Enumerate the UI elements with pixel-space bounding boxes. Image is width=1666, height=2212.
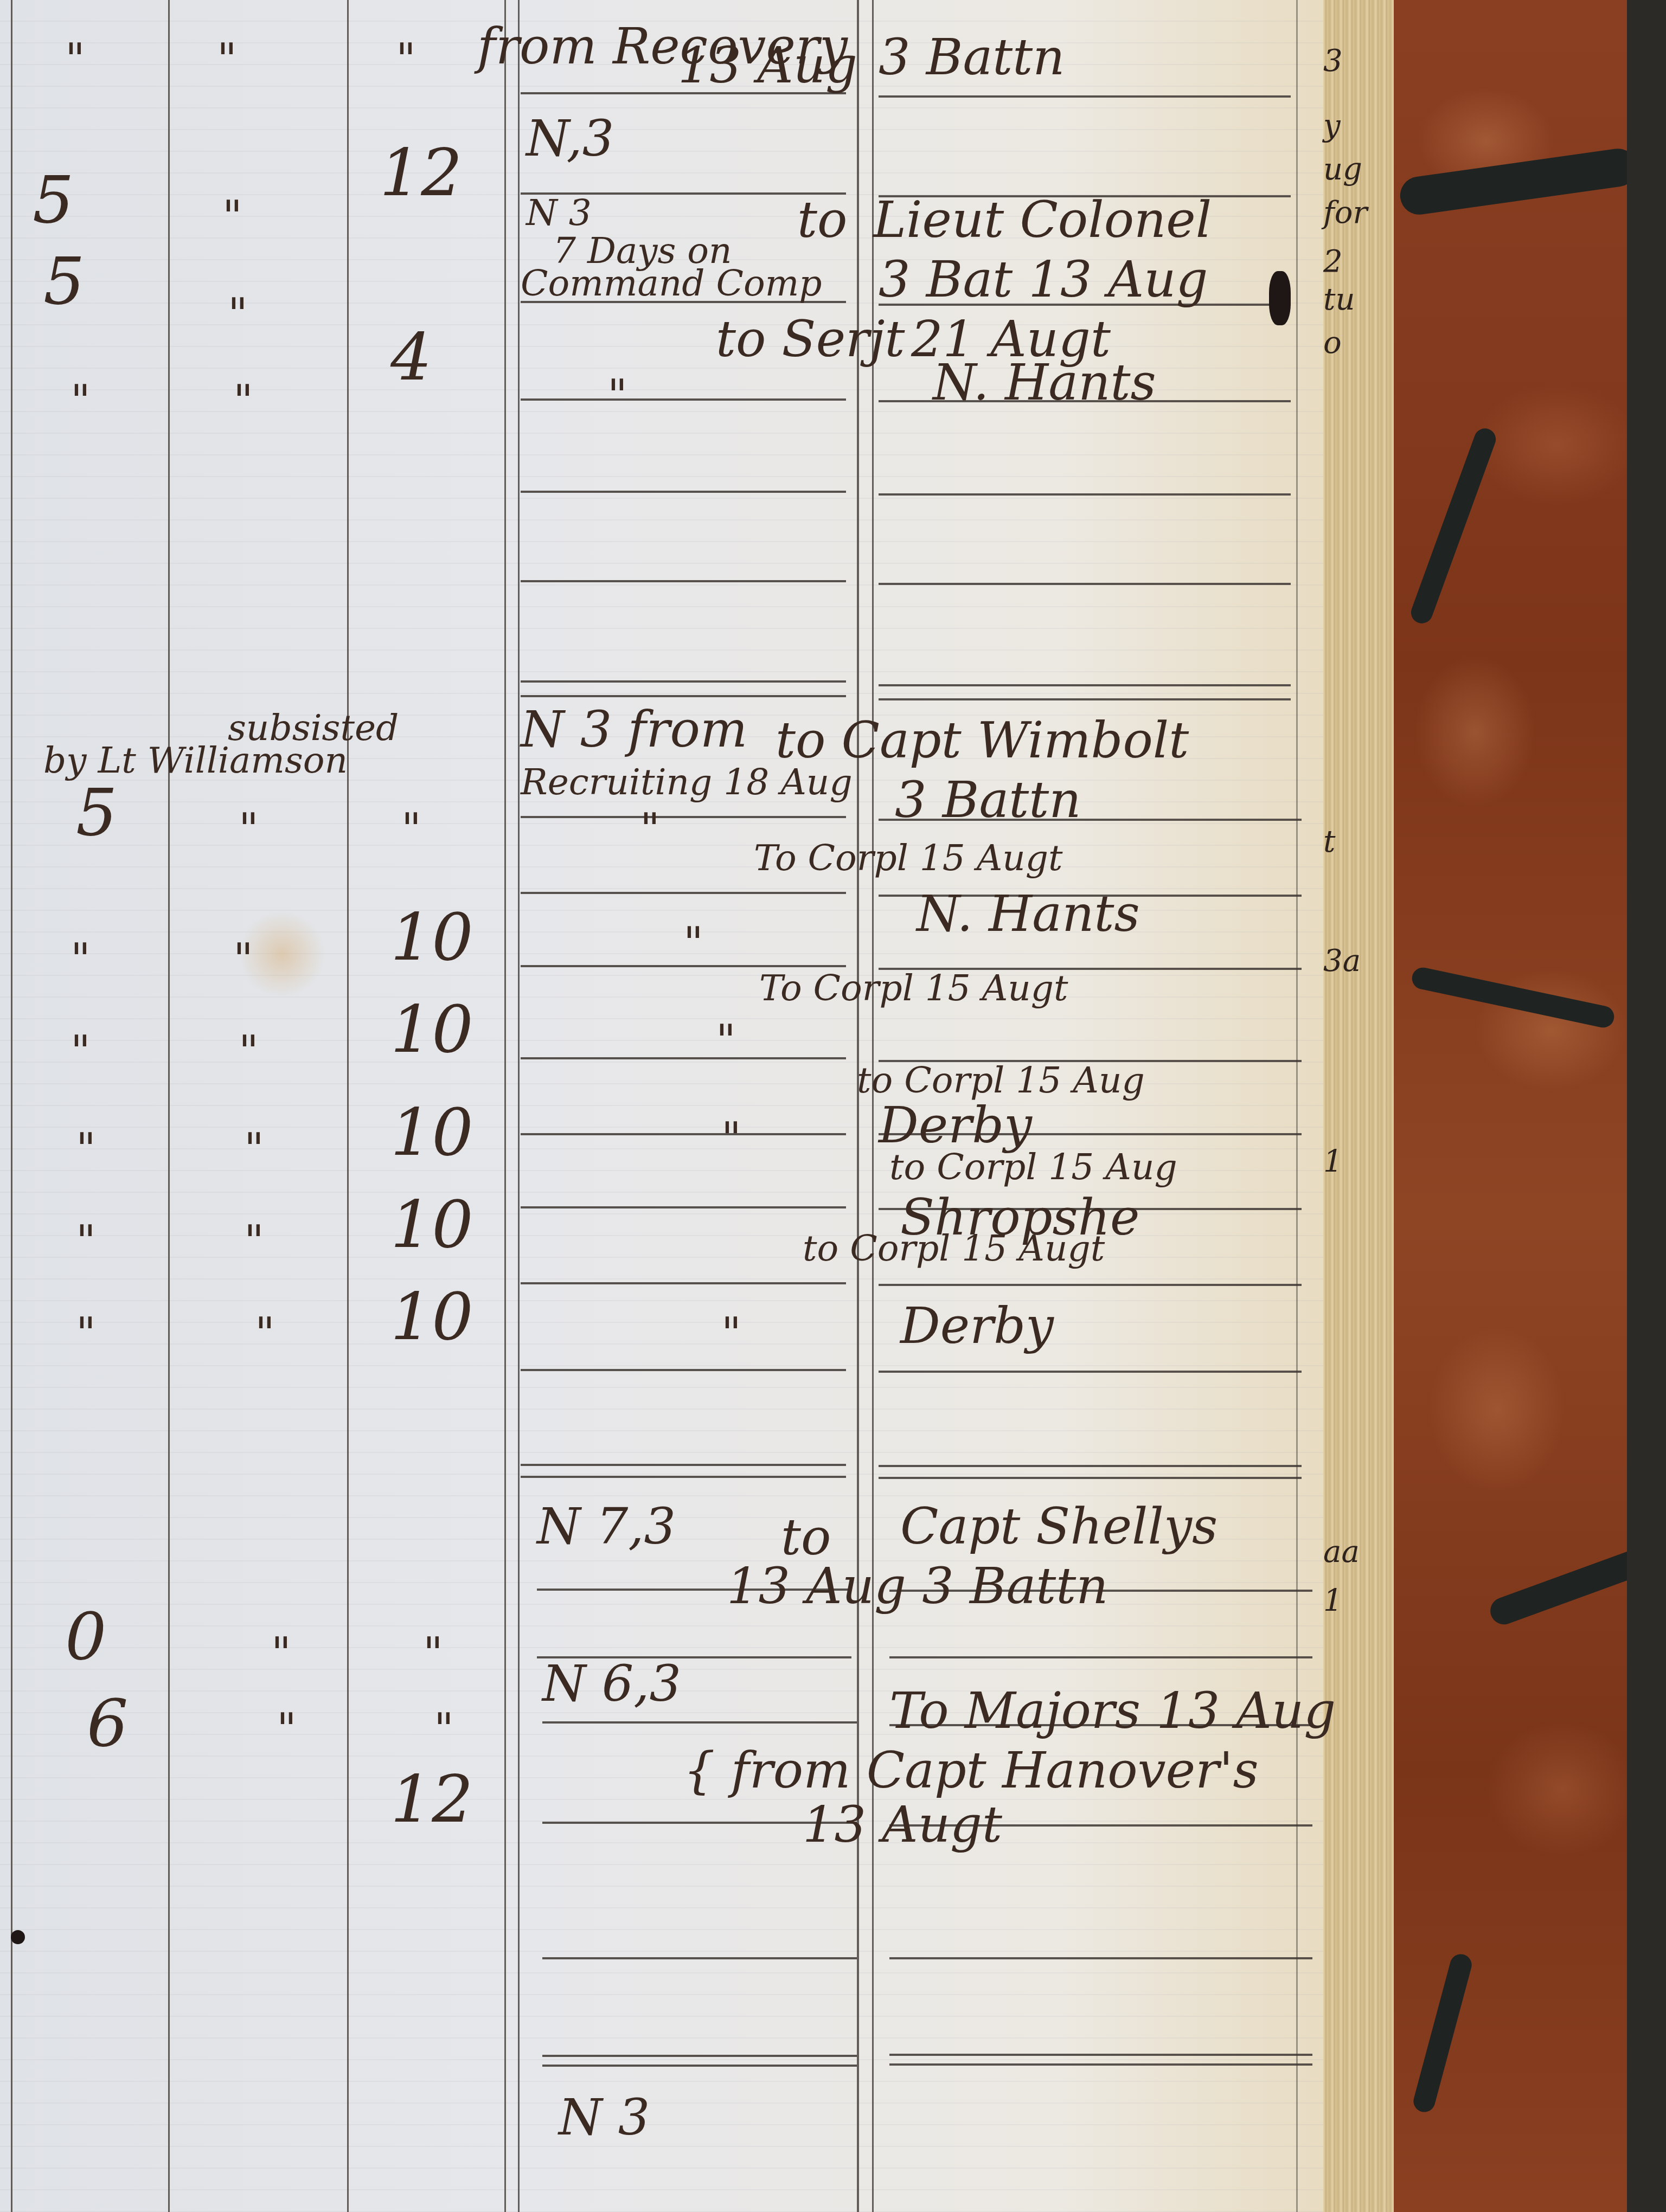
entry-destination: Derby <box>900 1301 1054 1351</box>
entry-reference: Command Comp <box>521 266 822 301</box>
row-rule <box>879 684 1291 686</box>
entry-reference: Recruiting 18 Aug <box>521 764 853 800</box>
column-rule <box>518 0 520 2212</box>
row-rule <box>521 1057 846 1059</box>
entry-destination: Capt Shellys <box>900 1502 1218 1552</box>
entry-reference: N,3 <box>526 114 614 164</box>
entry-reference: N 3 <box>559 2093 650 2143</box>
row-rule <box>521 1282 846 1284</box>
ditto-mark: " <box>76 1128 96 1171</box>
entry-to: to <box>797 195 847 245</box>
ditto-mark: " <box>271 1632 291 1675</box>
page-fold <box>1296 0 1298 2212</box>
column-rule <box>168 0 170 2212</box>
ditto-mark: " <box>222 195 242 239</box>
entry-destination: 13 Aug <box>678 41 857 91</box>
row-rule <box>521 398 846 401</box>
ditto-mark: " <box>76 1312 96 1355</box>
ditto-mark: " <box>71 938 91 981</box>
ditto-mark: " <box>721 1117 741 1160</box>
ditto-mark: " <box>396 38 416 81</box>
row-rule <box>879 1465 1302 1467</box>
entry-value: 10 <box>390 1101 473 1166</box>
ditto-mark: " <box>716 1019 736 1063</box>
entry-destination: N. Hants <box>917 889 1140 939</box>
ditto-mark: " <box>434 1708 454 1751</box>
margin-fragment: 1 <box>1323 1583 1343 1618</box>
ditto-mark: " <box>255 1312 275 1355</box>
ditto-mark: " <box>217 38 237 81</box>
entry-value: 12 <box>390 1767 473 1832</box>
entry-value: 5 <box>43 249 85 314</box>
entry-value: 12 <box>380 141 463 206</box>
row-rule <box>521 816 846 818</box>
column-rule <box>347 0 349 2212</box>
row-rule <box>542 1957 857 1959</box>
marble-vein <box>1398 146 1639 217</box>
ditto-mark: " <box>65 38 85 81</box>
row-rule <box>521 1476 846 1478</box>
entry-destination: to Corpl 15 Aug <box>857 1063 1145 1098</box>
entry-destination: 3 Bat 13 Aug <box>879 255 1208 305</box>
ditto-mark: " <box>76 1220 96 1263</box>
entry-destination: To Majors 13 Aug <box>889 1686 1336 1736</box>
row-rule <box>879 583 1291 585</box>
entry-reference: N 3 from <box>521 705 747 755</box>
row-rule <box>879 493 1291 496</box>
marble-vein <box>1411 1952 1474 2114</box>
row-rule <box>521 1464 846 1466</box>
row-rule <box>879 698 1291 700</box>
ditto-mark: " <box>423 1632 443 1675</box>
ditto-mark: " <box>640 808 660 851</box>
entry-destination: Derby <box>879 1101 1032 1150</box>
ditto-mark: " <box>277 1708 297 1751</box>
background-edge <box>1627 0 1666 2212</box>
row-rule <box>889 1957 1312 1959</box>
marble-vein <box>1408 426 1499 627</box>
row-rule <box>879 95 1291 98</box>
entry-reference: N 7,3 <box>537 1502 676 1552</box>
ditto-mark: " <box>239 1030 259 1073</box>
column-rule <box>504 0 506 2212</box>
margin-fragment: 1 <box>1323 1144 1343 1179</box>
row-rule <box>521 695 846 697</box>
entry-value: 10 <box>390 998 473 1063</box>
entry-destination: 3 Battn <box>895 775 1081 825</box>
entry-destination: 3 Battn <box>879 33 1065 82</box>
annotation: by Lt Williamson <box>43 743 348 779</box>
row-rule <box>521 1369 846 1371</box>
margin-fragment: for <box>1323 195 1367 230</box>
margin-fragment: 3 <box>1323 43 1343 79</box>
ditto-mark: " <box>71 1030 91 1073</box>
marble-vein <box>1410 966 1616 1030</box>
row-rule <box>542 1721 857 1724</box>
entry-destination: N. Hants <box>933 358 1156 408</box>
ditto-mark: " <box>233 938 253 981</box>
ditto-mark: " <box>244 1220 264 1263</box>
row-rule <box>521 680 846 683</box>
row-rule <box>889 2063 1312 2066</box>
row-rule <box>879 1371 1302 1373</box>
row-rule <box>542 2065 857 2067</box>
entry-destination: To Corpl 15 Augt <box>754 840 1063 876</box>
margin-fragment: tu <box>1323 282 1355 317</box>
entry-value: 6 <box>87 1692 128 1757</box>
row-rule <box>521 892 846 894</box>
margin-fragment: t <box>1323 824 1336 859</box>
entry-destination: to Corpl 15 Augt <box>803 1231 1105 1266</box>
entry-value: 0 <box>65 1605 106 1670</box>
column-rule <box>11 0 12 2212</box>
entry-destination: To Corpl 15 Augt <box>759 970 1068 1006</box>
entry-value: 5 <box>76 781 117 846</box>
ditto-mark: " <box>607 374 627 417</box>
entry-value: 10 <box>390 1285 473 1350</box>
entry-value: 5 <box>33 168 74 233</box>
row-rule <box>879 1477 1302 1479</box>
entry-value: 4 <box>390 325 432 390</box>
row-rule <box>521 1206 846 1208</box>
ink-dot <box>11 1930 25 1944</box>
row-rule <box>521 580 846 582</box>
row-rule <box>521 1133 846 1135</box>
ditto-mark: " <box>233 380 253 423</box>
entry-value: 10 <box>390 905 473 970</box>
ditto-mark: " <box>239 808 259 851</box>
row-rule <box>889 1656 1312 1658</box>
row-rule <box>542 2055 857 2057</box>
entry-reference: 13 Augt <box>803 1800 1002 1850</box>
margin-fragment: 3a <box>1323 943 1361 979</box>
entry-reference: { from Capt Hanover's <box>683 1746 1259 1796</box>
ink-blot <box>1269 271 1291 325</box>
row-rule <box>879 1284 1302 1286</box>
entry-destination: Lieut Colonel <box>873 195 1212 245</box>
ditto-mark: " <box>244 1128 264 1171</box>
entry-destination: to Capt Wimbolt <box>776 716 1189 766</box>
ditto-mark: " <box>401 808 421 851</box>
row-rule <box>521 491 846 493</box>
entry-reference: N 3 <box>526 195 592 231</box>
entry-reference: to Serjt <box>716 314 905 364</box>
margin-fragment: 2 <box>1323 244 1343 279</box>
row-rule <box>889 2054 1312 2056</box>
entry-value: 10 <box>390 1193 473 1258</box>
entry-to: to <box>781 1513 831 1562</box>
margin-fragment: aa <box>1323 1534 1360 1570</box>
margin-fragment: ug <box>1323 152 1362 187</box>
entry-destination: 13 Aug 3 Battn <box>727 1561 1108 1611</box>
margin-fragment: o <box>1323 325 1342 361</box>
ditto-mark: " <box>721 1312 741 1355</box>
ditto-mark: " <box>228 293 248 336</box>
marbled-book-cover <box>1377 0 1666 2212</box>
entry-destination: to Corpl 15 Aug <box>889 1149 1177 1185</box>
ditto-mark: " <box>683 922 703 965</box>
margin-fragment: y <box>1323 108 1341 144</box>
entry-reference: N 6,3 <box>542 1659 681 1709</box>
ditto-mark: " <box>71 380 91 423</box>
ledger-page: " " " from Recovery 13 Aug 3 Battn 5 " 1… <box>0 0 1323 2212</box>
